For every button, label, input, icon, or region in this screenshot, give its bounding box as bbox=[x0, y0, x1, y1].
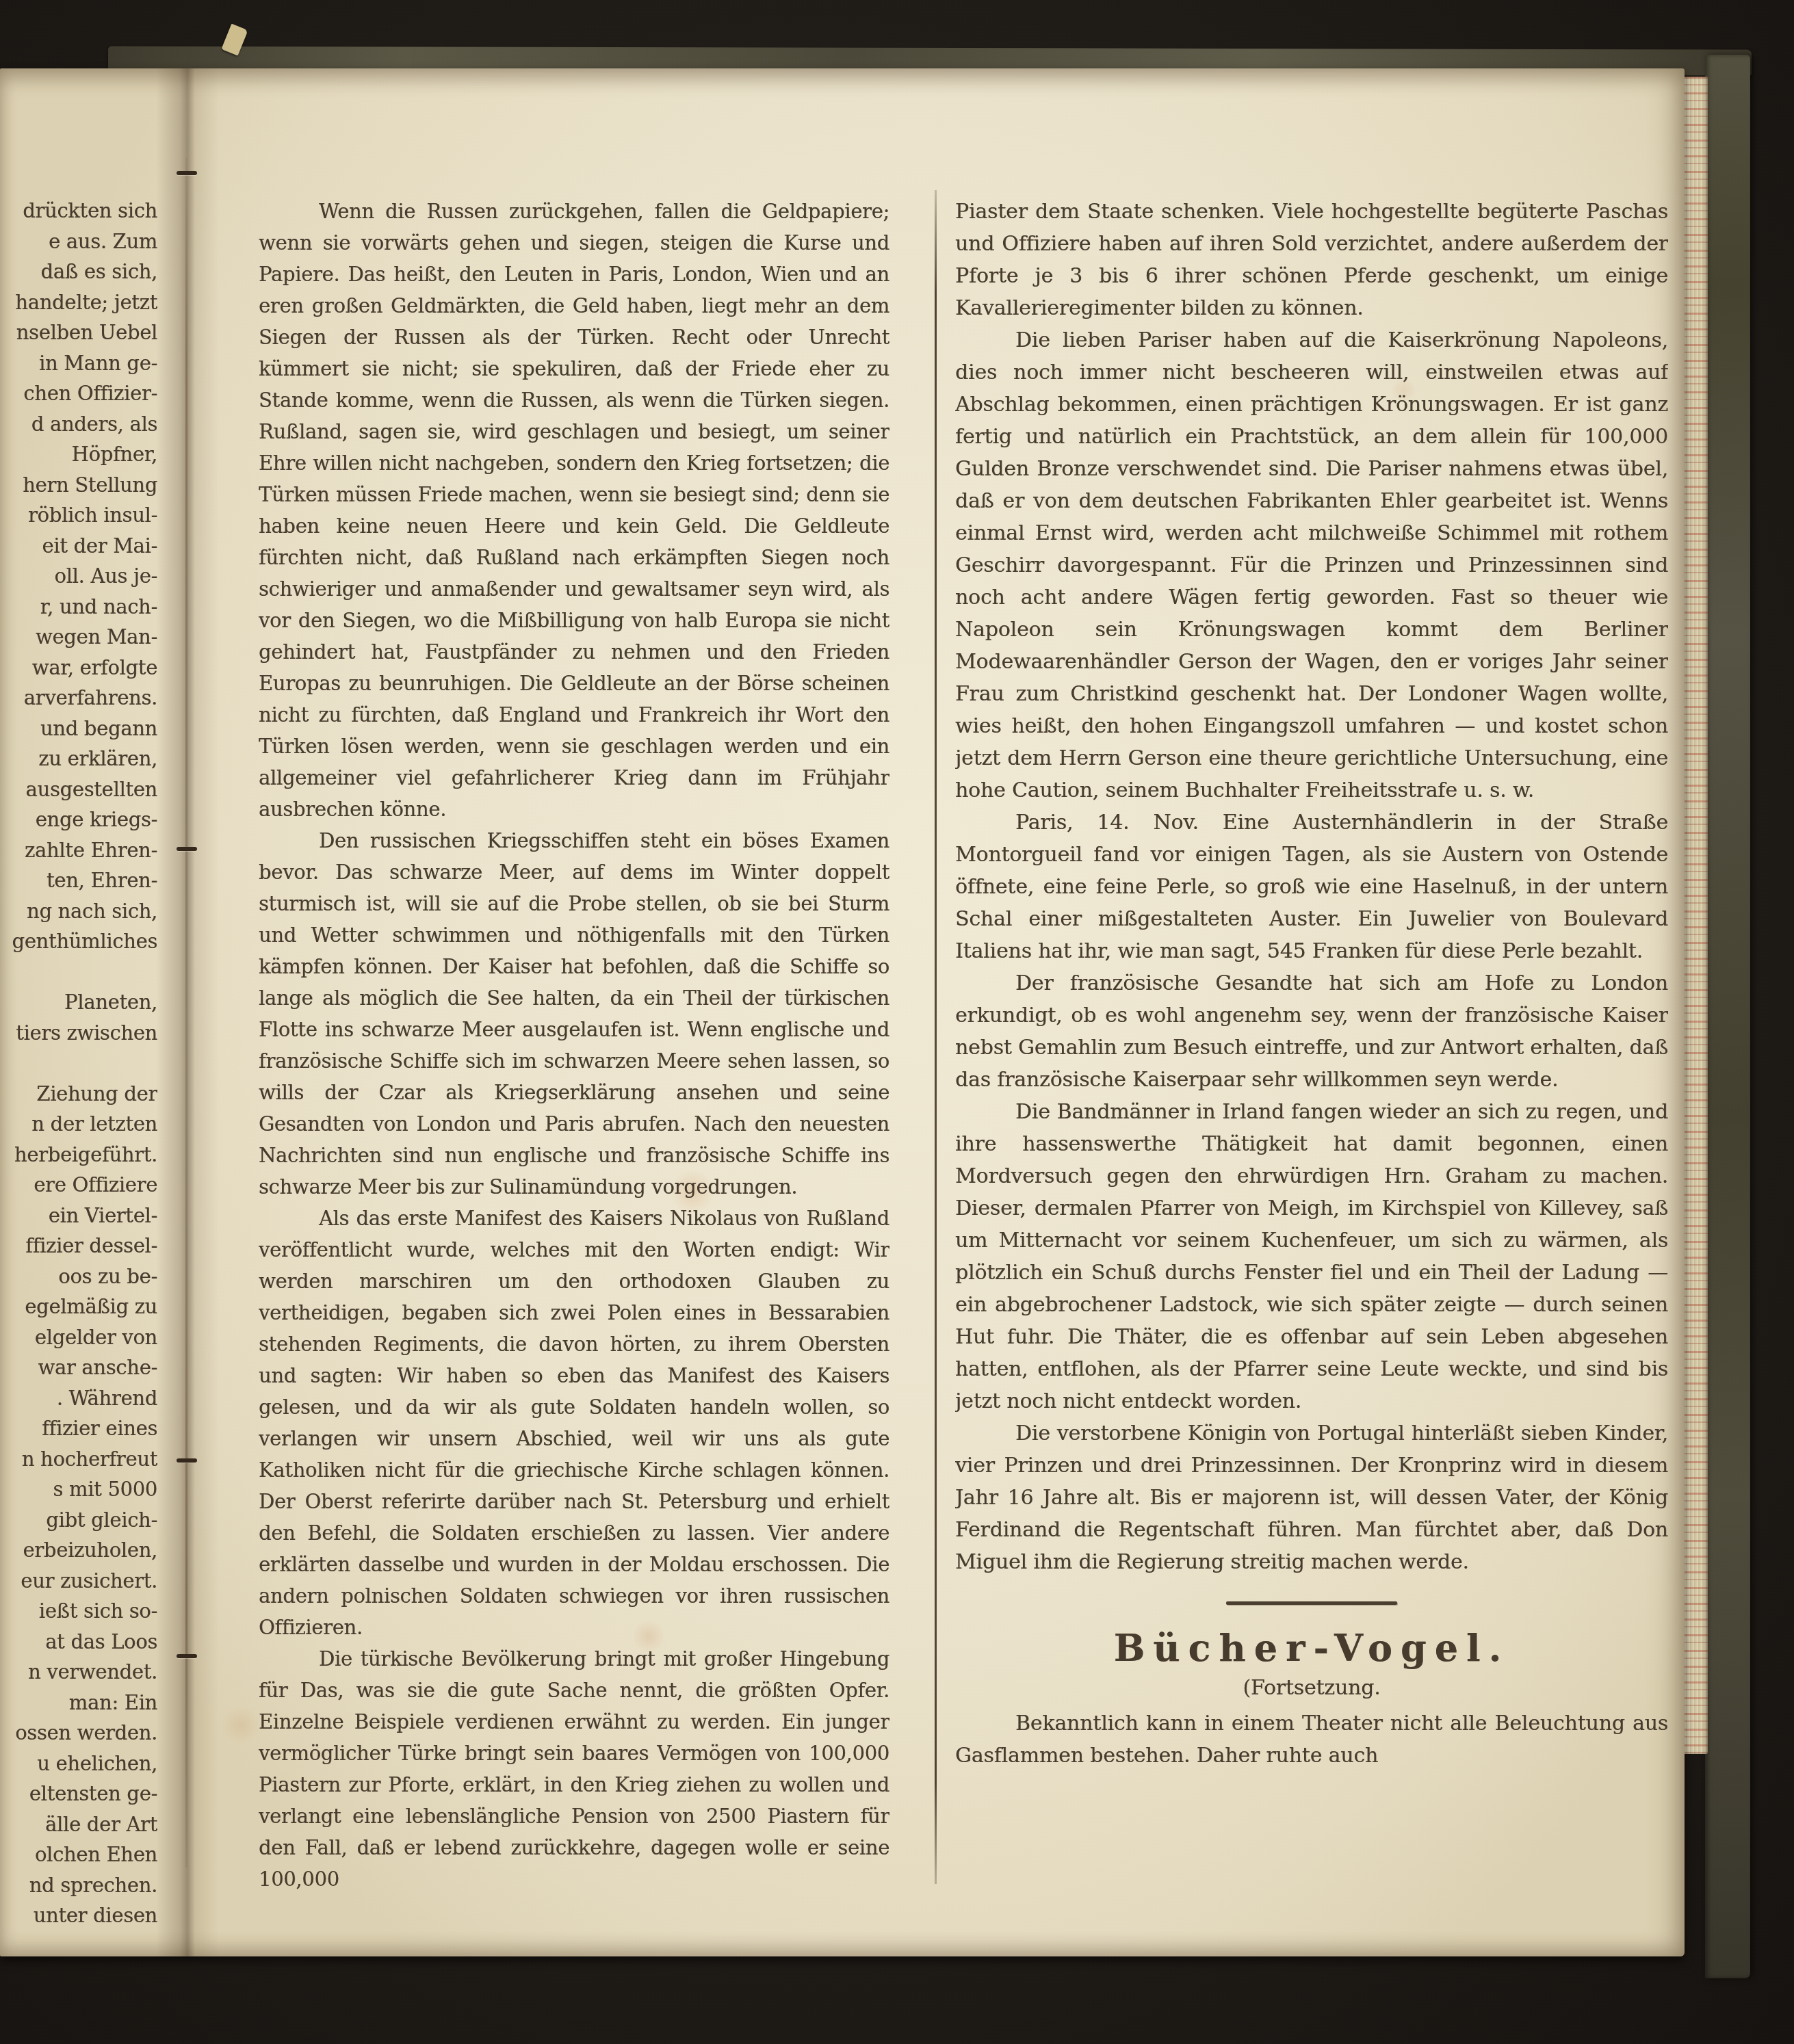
binding-stitch bbox=[177, 1654, 197, 1658]
article-title: Bücher-Vogel. bbox=[955, 1623, 1668, 1673]
binding-stitch bbox=[177, 1458, 197, 1463]
paragraph: Die lieben Pariser haben auf die Kaiserk… bbox=[955, 324, 1668, 807]
paragraph: Die türkische Bevölkerung bringt mit gro… bbox=[259, 1643, 889, 1895]
binding-stitch bbox=[177, 847, 197, 851]
open-page-paper: drückten sich e aus. Zum daß es sich, ha… bbox=[0, 68, 1685, 1956]
left-text-column: Wenn die Russen zurückgehen, fallen die … bbox=[259, 196, 889, 1940]
book-cover-right-edge bbox=[1705, 55, 1750, 1978]
paragraph: Der französische Gesandte hat sich am Ho… bbox=[955, 967, 1668, 1096]
paragraph: Paris, 14. Nov. Eine Austernhändlerin in… bbox=[955, 807, 1668, 967]
paragraph: Bekanntlich kann in einem Theater nicht … bbox=[955, 1707, 1668, 1772]
paragraph: Als das erste Manifest des Kaisers Nikol… bbox=[259, 1203, 889, 1643]
article-subtitle: (Fortsetzung. bbox=[955, 1673, 1668, 1703]
paragraph: Die Bandmänner in Irland fangen wieder a… bbox=[955, 1096, 1668, 1417]
page-fore-edge-stack bbox=[1680, 77, 1708, 1754]
paragraph: Die verstorbene Königin von Portugal hin… bbox=[955, 1417, 1668, 1578]
article-section: Bücher-Vogel. (Fortsetzung. Bekanntlich … bbox=[955, 1601, 1668, 1772]
facing-page-column-fragment: drückten sich e aus. Zum daß es sich, ha… bbox=[0, 196, 157, 1947]
binding-gutter bbox=[156, 68, 219, 1956]
binding-stitch bbox=[177, 171, 197, 175]
column-divider-rule bbox=[935, 190, 937, 1884]
paragraph: Den russischen Kriegsschiffen steht ein … bbox=[259, 825, 889, 1203]
right-text-column: Piaster dem Staate schenken. Viele hochg… bbox=[955, 196, 1668, 1974]
paragraph: Piaster dem Staate schenken. Viele hochg… bbox=[955, 196, 1668, 324]
section-separator-rule bbox=[1226, 1601, 1397, 1605]
paragraph: Wenn die Russen zurückgehen, fallen die … bbox=[259, 196, 889, 825]
binding-thread bbox=[185, 157, 187, 1868]
book-scan: drückten sich e aus. Zum daß es sich, ha… bbox=[0, 0, 1794, 2044]
